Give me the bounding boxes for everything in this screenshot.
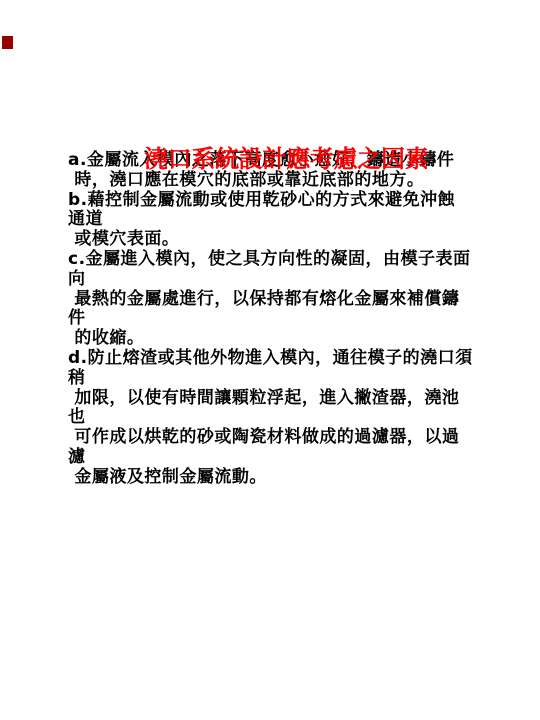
body-line: 通道 <box>68 210 473 230</box>
accent-square <box>2 36 13 49</box>
body-line: 向 <box>68 270 473 290</box>
body-line: 件 <box>68 309 473 329</box>
body-line: c.金屬進入模內，使之具方向性的凝固，由模子表面 <box>68 250 473 270</box>
body-line: b.藉控制金屬流動或使用乾砂心的方式來避免沖蝕 <box>68 191 473 211</box>
slide-title: 澆口系統設計應考慮之因素 <box>144 146 428 172</box>
body-line: 也 <box>68 408 473 428</box>
body-line: 金屬液及控制金屬流動。 <box>68 468 473 488</box>
body-line: 濾 <box>68 448 473 468</box>
body-line: 稍 <box>68 369 473 389</box>
body-line: 加限，以使有時間讓顆粒浮起，進入撇渣器，澆池 <box>68 389 473 409</box>
body-line: 最熱的金屬處進行，以保持都有熔化金屬來補償鑄 <box>68 290 473 310</box>
body-line: d.防止熔渣或其他外物進入模內，通往模子的澆口須 <box>68 349 473 369</box>
body-line: 的收縮。 <box>68 329 473 349</box>
body-line: 可作成以烘乾的砂或陶瓷材料做成的過濾器，以過 <box>68 428 473 448</box>
body-line: 時，澆口應在模穴的底部或靠近底部的地方。 <box>68 171 473 191</box>
body-line: 或模穴表面。 <box>68 230 473 250</box>
body-text: a.金屬流入模內之落下高度愈小愈好，鑄造小鑄件 時，澆口應在模穴的底部或靠近底部… <box>68 151 473 488</box>
slide: 澆口系統設計應考慮之因素 a.金屬流入模內之落下高度愈小愈好，鑄造小鑄件 時，澆… <box>0 0 540 720</box>
